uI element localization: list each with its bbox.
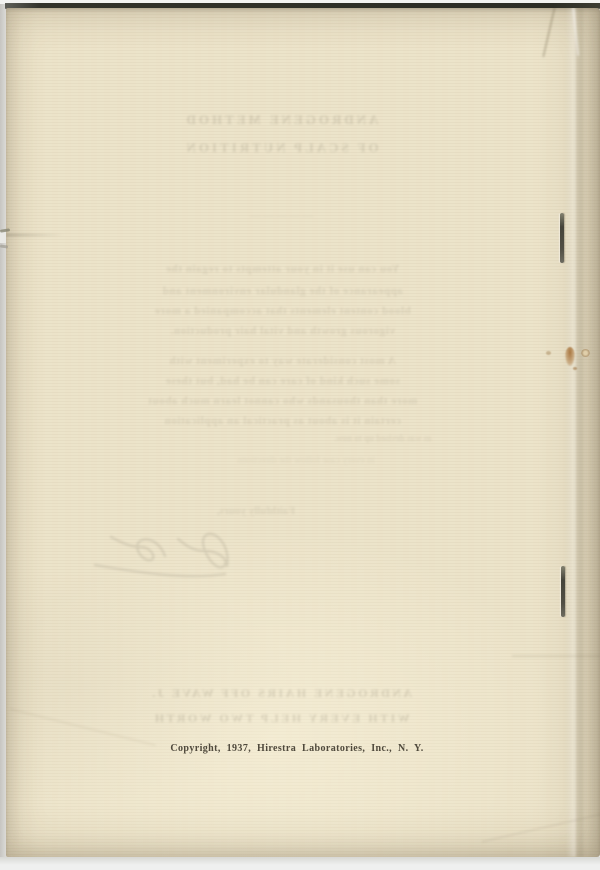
copyright-line: Copyright, 1937, Hirestra Laboratories, … xyxy=(6,743,588,754)
right-edge-shading xyxy=(584,8,600,857)
vertical-fold-crease xyxy=(566,8,586,857)
left-edge-tear-notch xyxy=(0,231,6,243)
staple-top xyxy=(560,213,564,263)
ghost-paragraph-line: You can use it in your attempts to regai… xyxy=(117,263,448,275)
ghost-title-line: OF SCALP NUTRITION xyxy=(6,140,556,156)
ghost-paragraph-line: certain it is about as practical an appl… xyxy=(117,415,448,427)
ghost-paragraph-line: appearance of the glandular environment … xyxy=(117,285,448,297)
ghost-paragraph-line: A most considerate way to experiment wit… xyxy=(117,355,448,367)
ghost-paragraph-line: vigorous growth and vital hair productio… xyxy=(117,325,448,337)
ghost-signature xyxy=(85,520,237,584)
ghost-divider-rule: ————— xyxy=(6,208,556,223)
rust-stain-dot xyxy=(546,351,551,355)
scanned-booklet-page: ANDROGENE METHOD OF SCALP NUTRITION ————… xyxy=(0,0,600,870)
scanner-background-bottom xyxy=(0,857,600,870)
rust-stain xyxy=(565,347,575,366)
ghost-paragraph-line: more than thousands who cannot learn muc… xyxy=(117,395,448,407)
ghost-address-line: ANDROGENE HAIRS OFF WAVE J. xyxy=(6,686,556,701)
top-right-crease xyxy=(542,8,556,57)
right-horizontal-crease xyxy=(512,655,600,657)
staple-bottom xyxy=(561,566,565,617)
ghost-paragraph-line: as was devised up to now. xyxy=(313,433,453,443)
ghost-address-line: WITH EVERY HELP TWO WORTH xyxy=(6,711,556,726)
ghost-closing-line: Faithfully yours, xyxy=(131,505,381,517)
rust-stain-speck xyxy=(573,367,577,370)
rust-stain-ring xyxy=(581,349,590,357)
ghost-faint-line: in every case follow the directions xyxy=(156,455,456,466)
ghost-title-line: ANDROGENE METHOD xyxy=(6,112,556,128)
ghost-paragraph-line: blood content elements that accompanied … xyxy=(117,305,448,317)
ghost-paragraph-line: some such kind of care can be had, but t… xyxy=(117,375,448,387)
booklet-inside-page: ANDROGENE METHOD OF SCALP NUTRITION ————… xyxy=(6,8,600,857)
left-mid-crease xyxy=(6,234,64,236)
